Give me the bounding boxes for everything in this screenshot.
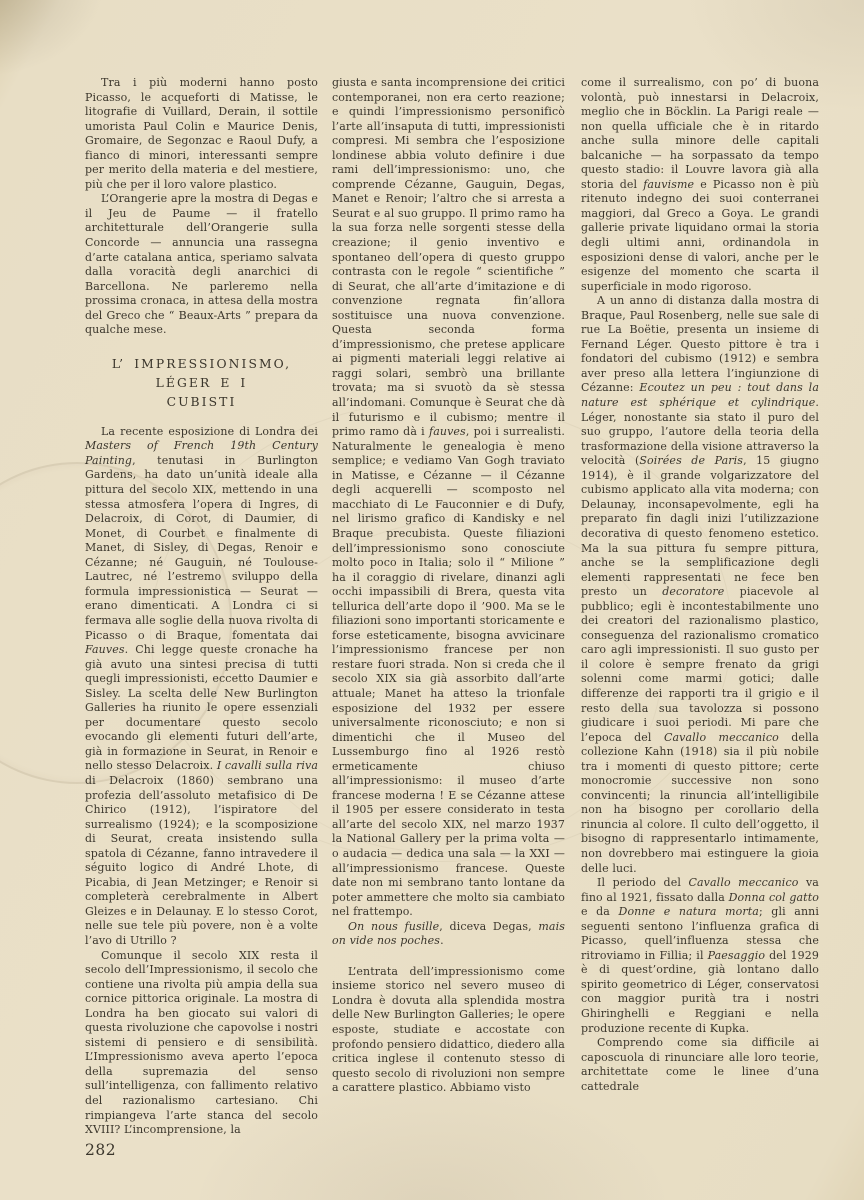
text-run: e Picasso non è più ritenuto indegno dei… [581,178,819,293]
paragraph: giusta e santa incomprensione dei critic… [332,76,565,920]
paragraph: Comunque il secolo XIX resta il secolo d… [85,949,318,1138]
italic-text-run: Cavallo meccanico [688,876,798,889]
italic-text-run: Soirées de Paris [639,454,743,467]
text-run: , diceva Degas, [439,920,538,933]
text-run: . [440,934,444,947]
text-run: Il periodo del [597,876,688,889]
text-run: L’entrata dell’impressionismo come insie… [332,965,565,1094]
text-run: La recente esposizione di Londra dei [101,425,318,438]
paragraph: On nous fusille, diceva Degas, mais on v… [332,920,565,949]
text-run: piacevole al pubblico; egli è incontesta… [581,585,819,743]
text-run: Tra i più moderni hanno posto Picasso, l… [85,76,318,191]
italic-text-run: decoratore [662,585,724,598]
italic-text-run: Donne e natura morta [619,905,759,918]
text-run: Comprendo come sia difficile ai caposcuo… [581,1036,819,1093]
text-run: della collezione Kahn (1918) sia il più … [581,731,819,875]
page-number: 282 [85,1141,116,1159]
italic-text-run: Fauves [85,643,125,656]
paragraph: La recente esposizione di Londra dei Mas… [85,425,318,949]
text-run: come il surrealismo, con po’ di buona vo… [581,76,819,191]
text-run: L’Orangerie apre la mostra di Degas e il… [85,192,318,336]
text-run: A un anno di distanza dalla mostra di Br… [581,294,819,394]
text-run: , tenutasi in Burlington Gardens, ha dat… [85,454,318,642]
scanned-page: Tra i più moderni hanno posto Picasso, l… [0,0,864,1200]
italic-text-run: Paesaggio [708,949,765,962]
text-column-right: come il surrealismo, con po’ di buona vo… [581,76,819,1094]
paragraph: L’Orangerie apre la mostra di Degas e il… [85,192,318,337]
text-run: di Delacroix (1860) sembrano una profezi… [85,774,318,947]
text-run: e da [581,905,619,918]
text-run: , 15 giugno 1914), è il grande volgarizz… [581,454,819,598]
section-heading: L’ IMPRESSIONISMO, LÉGER E ICUBISTI [87,355,316,412]
paragraph: L’entrata dell’impressionismo come insie… [332,965,565,1096]
text-run: giusta e santa incomprensione dei critic… [332,76,565,438]
italic-text-run: Cavallo meccanico [664,731,779,744]
text-run: . Chi legge queste cronache ha già avuto… [85,643,318,772]
text-run: , poi i surrealisti. Naturalmente le gen… [332,425,565,918]
paragraph: come il surrealismo, con po’ di buona vo… [581,76,819,294]
paragraph: Tra i più moderni hanno posto Picasso, l… [85,76,318,192]
italic-text-run: fauves [429,425,466,438]
text-run: Comunque il secolo XIX resta il secolo d… [85,949,318,1137]
paragraph: Comprendo come sia difficile ai caposcuo… [581,1036,819,1094]
italic-text-run: I cavalli sulla riva [217,759,318,772]
italic-text-run: fauvisme [643,178,694,191]
paragraph: A un anno di distanza dalla mostra di Br… [581,294,819,876]
text-column-left: Tra i più moderni hanno posto Picasso, l… [85,76,318,1138]
text-columns: Tra i più moderni hanno posto Picasso, l… [85,76,819,1138]
italic-text-run: On nous fusille [348,920,439,933]
text-column-center: giusta e santa incomprensione dei critic… [332,76,565,1096]
paragraph: Il periodo del Cavallo meccanico va fino… [581,876,819,1036]
italic-text-run: Donna col gatto [729,891,819,904]
